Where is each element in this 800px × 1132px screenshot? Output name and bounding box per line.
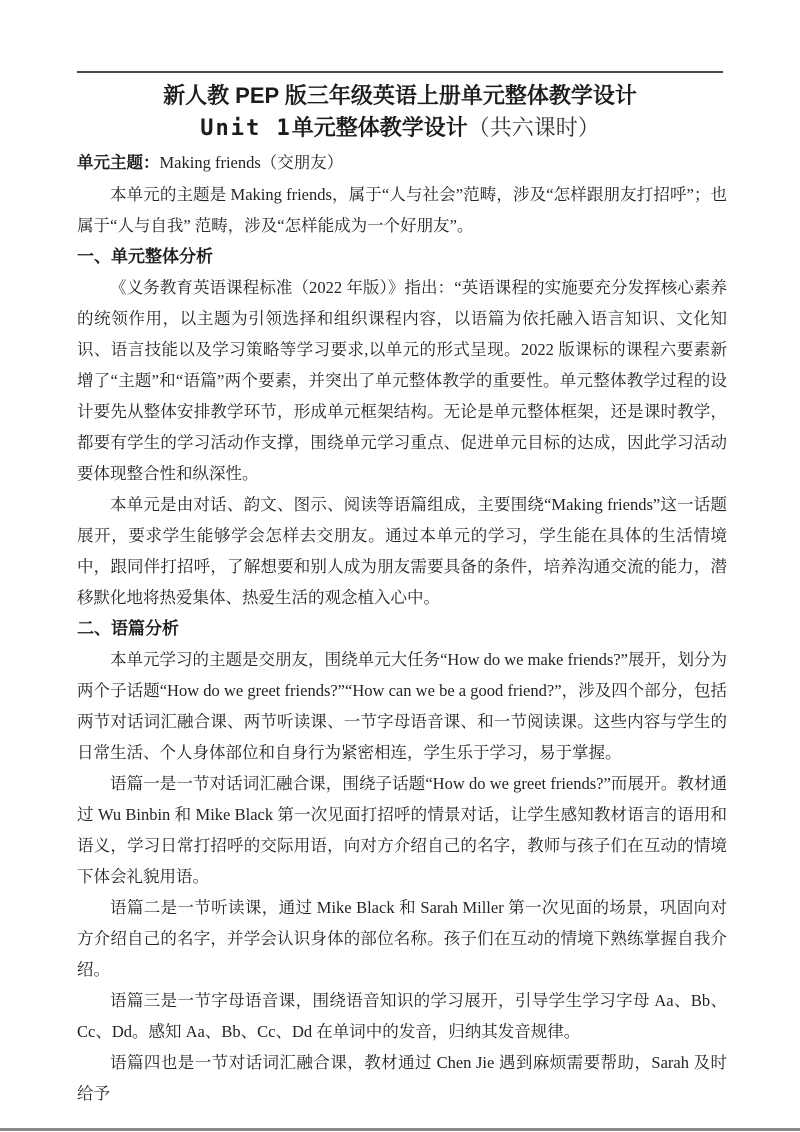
paragraph-curriculum-standard: 《义务教育英语课程标准（2022 年版）》指出：“英语课程的实施要充分发挥核心素… (77, 272, 727, 489)
paragraph-unit-composition: 本单元是由对话、韵文、图示、阅读等语篇组成，主要围绕“Making friend… (77, 489, 727, 613)
page-footer-rule (0, 1128, 800, 1131)
document-title: 新人教 PEP 版三年级英语上册单元整体教学设计 (0, 80, 800, 111)
unit-number-label: Unit 1 (200, 116, 291, 141)
unit-theme-label: 单元主题： (77, 154, 160, 172)
document-page: 新人教 PEP 版三年级英语上册单元整体教学设计 Unit 1单元整体教学设计（… (0, 0, 800, 1132)
unit-theme-line: 单元主题：Making friends（交朋友） (77, 147, 727, 179)
intro-paragraph: 本单元的主题是 Making friends，属于“人与社会”范畴，涉及“怎样跟… (77, 179, 727, 241)
unit-subtitle: Unit 1单元整体教学设计（共六课时） (0, 111, 800, 146)
unit-theme-value: Making friends（交朋友） (160, 153, 344, 172)
paragraph-text-one: 语篇一是一节对话词汇融合课，围绕子话题“How do we greet frie… (77, 768, 727, 892)
unit-subtitle-lesson-count: （共六课时） (468, 115, 600, 140)
page-header-rule (77, 71, 723, 73)
paragraph-topic-overview: 本单元学习的主题是交朋友，围绕单元大任务“How do we make frie… (77, 644, 727, 768)
section-heading-unit-analysis: 一、单元整体分析 (77, 241, 727, 272)
paragraph-text-two: 语篇二是一节听读课，通过 Mike Black 和 Sarah Miller 第… (77, 892, 727, 985)
document-titles: 新人教 PEP 版三年级英语上册单元整体教学设计 Unit 1单元整体教学设计（… (0, 80, 800, 146)
paragraph-text-three: 语篇三是一节字母语音课，围绕语音知识的学习展开，引导学生学习字母 Aa、Bb、C… (77, 985, 727, 1047)
section-heading-text-analysis: 二、语篇分析 (77, 613, 727, 644)
paragraph-text-four: 语篇四也是一节对话词汇融合课，教材通过 Chen Jie 遇到麻烦需要帮助，Sa… (77, 1047, 727, 1109)
document-body: 单元主题：Making friends（交朋友） 本单元的主题是 Making … (77, 147, 727, 1109)
unit-subtitle-main: 单元整体教学设计 (292, 115, 468, 140)
